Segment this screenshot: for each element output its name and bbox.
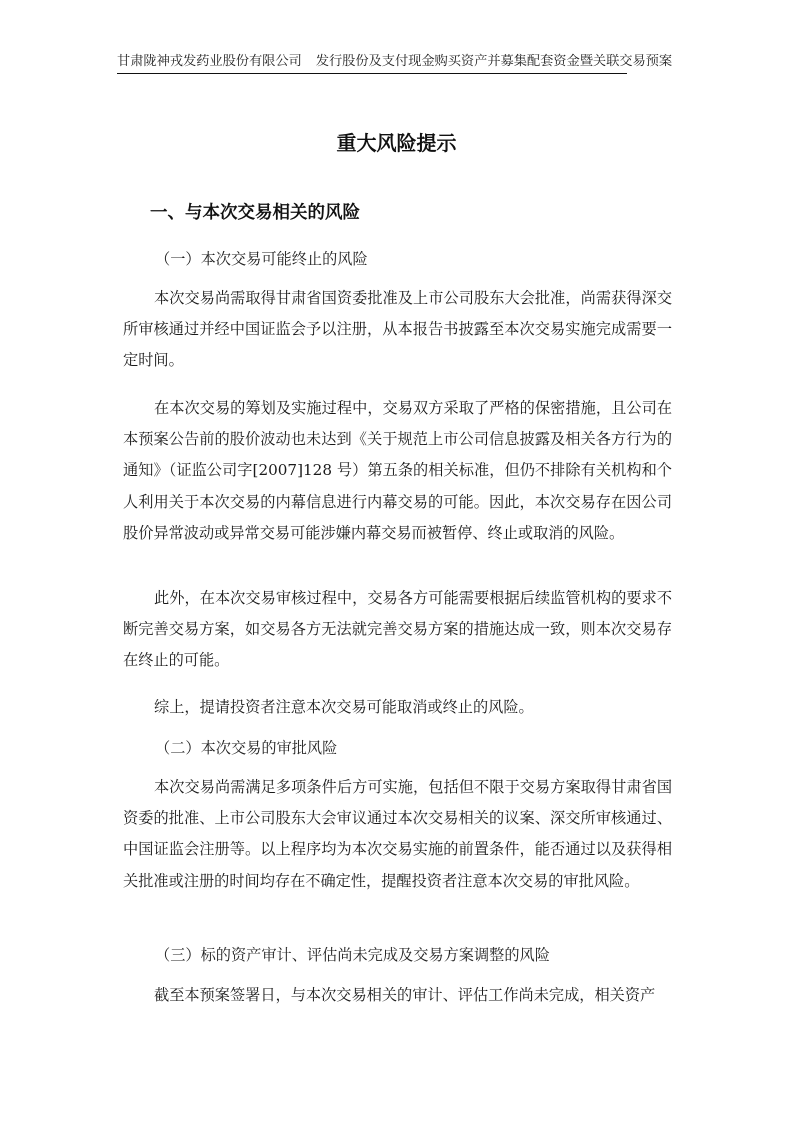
subsection-heading-1: （一）本次交易可能终止的风险	[155, 248, 368, 270]
paragraph: 本次交易尚需取得甘肃省国资委批准及上市公司股东大会批准，尚需获得深交所审核通过并…	[123, 283, 672, 377]
paragraph: 在本次交易的筹划及实施过程中，交易双方采取了严格的保密措施，且公司在本预案公告前…	[123, 393, 672, 549]
header-document-title: 发行股份及支付现金购买资产并募集配套资金暨关联交易预案	[316, 54, 672, 69]
subsection-heading-2: （二）本次交易的审批风险	[155, 737, 337, 759]
paragraph: 本次交易尚需满足多项条件后方可实施，包括但不限于交易方案取得甘肃省国资委的批准、…	[123, 772, 672, 897]
header-divider	[117, 73, 627, 74]
paragraph: 综上，提请投资者注意本次交易可能取消或终止的风险。	[123, 692, 672, 723]
header-company-name: 甘肃陇神戎发药业股份有限公司	[117, 54, 302, 69]
page-title: 重大风险提示	[0, 129, 793, 157]
section-heading-1: 一、与本次交易相关的风险	[150, 200, 360, 226]
running-header: 甘肃陇神戎发药业股份有限公司发行股份及支付现金购买资产并募集配套资金暨关联交易预…	[117, 52, 627, 74]
paragraph: 截至本预案签署日，与本次交易相关的审计、评估工作尚未完成，相关资产	[123, 980, 672, 1011]
paragraph: 此外，在本次交易审核过程中，交易各方可能需要根据后续监管机构的要求不断完善交易方…	[123, 583, 672, 677]
subsection-heading-3: （三）标的资产审计、评估尚未完成及交易方案调整的风险	[155, 944, 550, 966]
